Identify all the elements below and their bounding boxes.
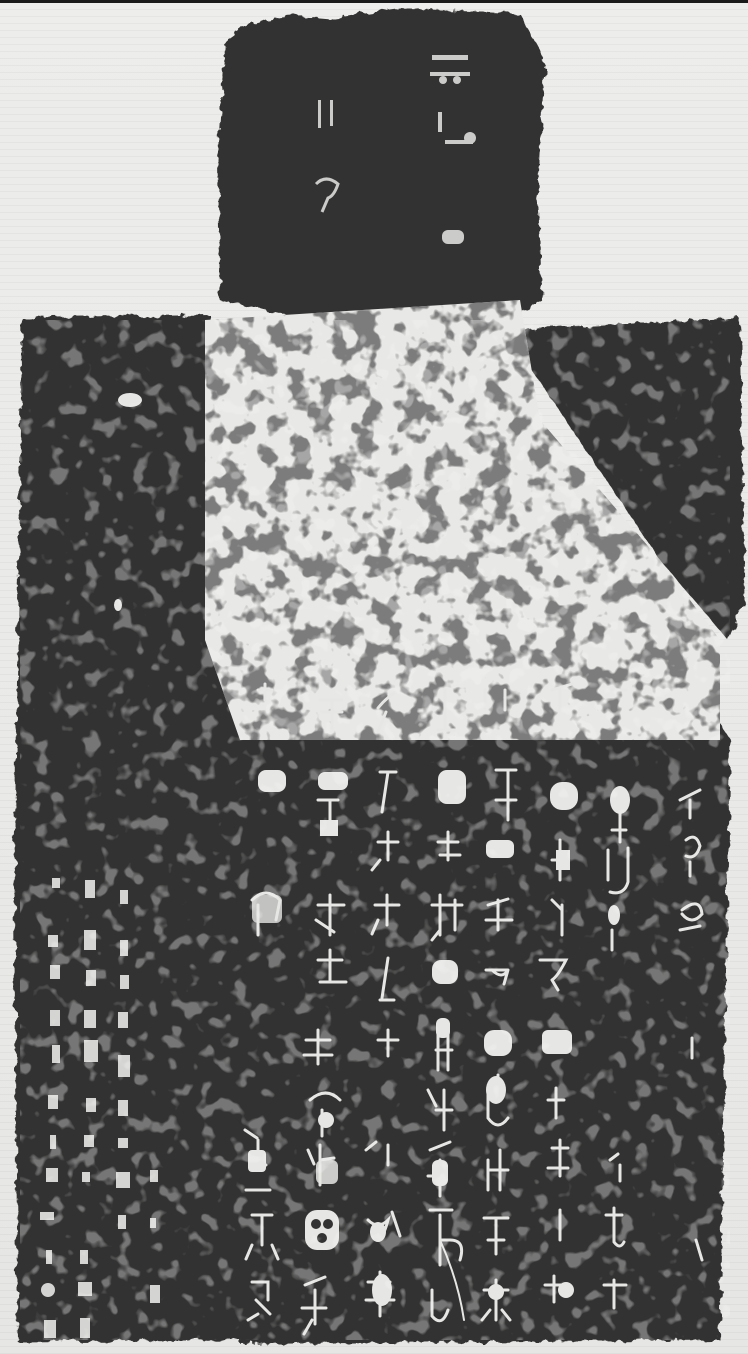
rubbing-texture (20, 320, 730, 1340)
inscription-rubbing (0, 0, 748, 1354)
top-block (218, 8, 545, 322)
